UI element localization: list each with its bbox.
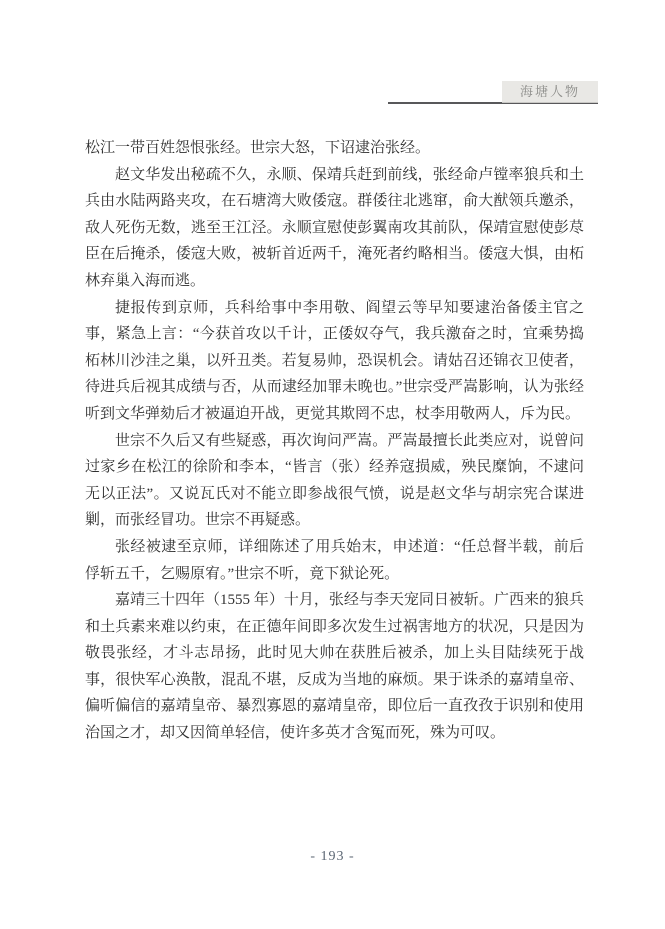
body-text: 松江一带百姓怨恨张经。世宗大怒，下诏逮治张经。 赵文华发出秘疏不久，永顺、保靖兵…	[85, 135, 584, 747]
running-header: 海塘人物	[502, 81, 598, 103]
paragraph: 世宗不久后又有些疑惑，再次询问严嵩。严嵩最擅长此类应对，说曾问过家乡在松江的徐阶…	[85, 428, 584, 534]
page-number: - 193 -	[0, 849, 665, 865]
running-header-label: 海塘人物	[520, 85, 580, 98]
paragraph: 赵文华发出秘疏不久，永顺、保靖兵赶到前线，张经命卢镗率狼兵和土兵由水陆两路夹攻，…	[85, 162, 584, 295]
paragraph-continuation: 松江一带百姓怨恨张经。世宗大怒，下诏逮治张经。	[85, 135, 584, 162]
book-page: 海塘人物 松江一带百姓怨恨张经。世宗大怒，下诏逮治张经。 赵文华发出秘疏不久，永…	[0, 0, 665, 929]
paragraph: 张经被逮至京师，详细陈述了用兵始末，申述道：“任总督半载，前后俘斩五千，乞赐原宥…	[85, 534, 584, 587]
paragraph: 捷报传到京师，兵科给事中李用敬、阎望云等早知要逮治备倭主官之事，紧急上言：“今获…	[85, 295, 584, 428]
paragraph: 嘉靖三十四年（1555 年）十月，张经与李天宠同日被斩。广西来的狼兵和土兵素来难…	[85, 587, 584, 747]
